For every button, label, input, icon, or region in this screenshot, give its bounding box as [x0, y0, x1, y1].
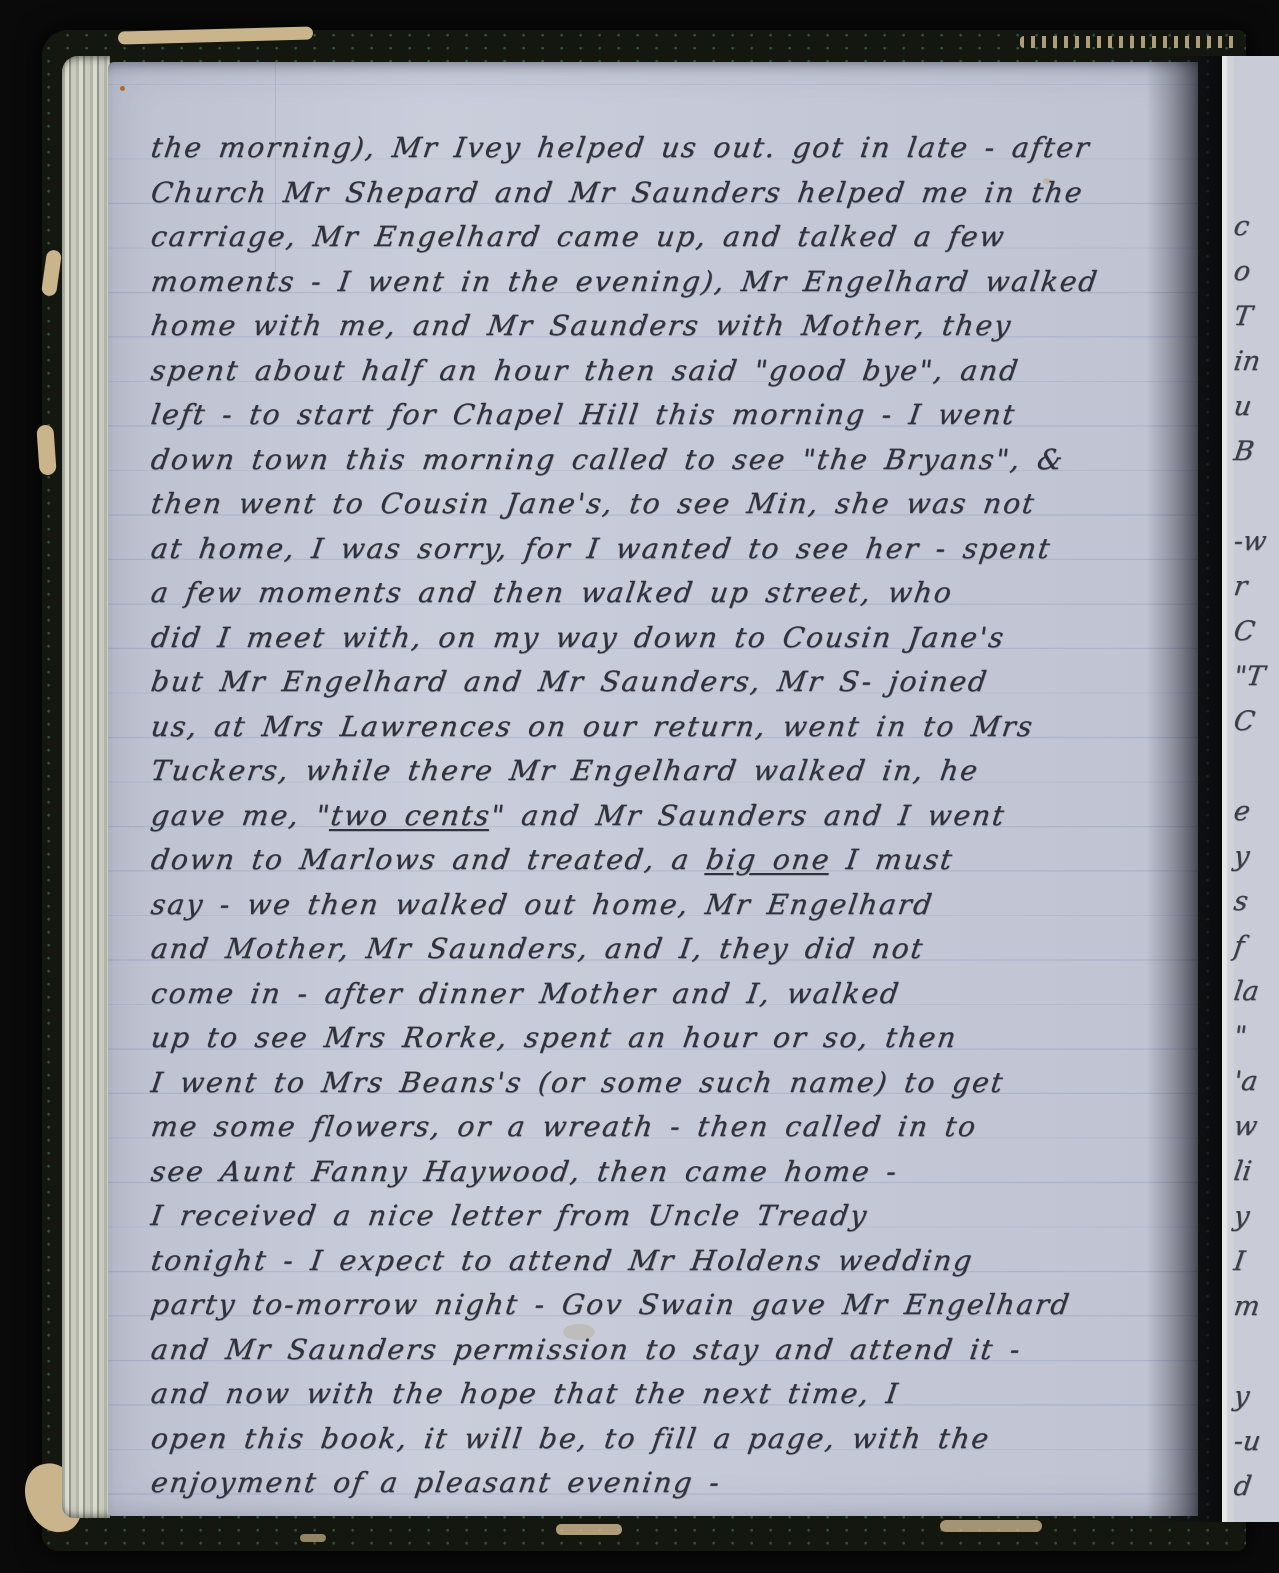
handwriting-line: moments - I went in the evening), Mr Eng… — [148, 260, 1198, 305]
handwriting-line: but Mr Engelhard and Mr Saunders, Mr S- … — [148, 660, 1198, 705]
handwriting-line: a few moments and then walked up street,… — [148, 571, 1198, 616]
facing-page-fragment: y — [1231, 1374, 1270, 1419]
handwriting-line: open this book, it will be, to fill a pa… — [148, 1417, 1198, 1462]
handwriting-line: see Aunt Fanny Haywood, then came home - — [148, 1150, 1198, 1195]
facing-page-fragments: coTinuB-wrC"TCeysfla"'awliyImy-ud — [1234, 204, 1266, 1522]
facing-page-fragment: I — [1231, 1239, 1270, 1284]
handwriting-line: and Mr Saunders permission to stay and a… — [148, 1328, 1198, 1373]
page-edge-stack — [62, 56, 110, 1518]
facing-page-fragment: B — [1231, 429, 1270, 474]
facing-page-fragment: -u — [1231, 1419, 1270, 1464]
facing-page-fragment: r — [1231, 564, 1270, 609]
handwriting-line: Tuckers, while there Mr Engelhard walked… — [148, 749, 1198, 794]
handwriting-line: gave me, "two cents" and Mr Saunders and… — [148, 794, 1198, 839]
handwriting-line: left - to start for Chapel Hill this mor… — [148, 393, 1198, 438]
diary-page: the morning), Mr Ivey helped us out. got… — [108, 62, 1198, 1516]
facing-page-fragment — [1231, 1329, 1270, 1374]
handwriting-line: enjoyment of a pleasant evening - — [148, 1461, 1198, 1506]
handwriting-line: I received a nice letter from Uncle Trea… — [148, 1194, 1198, 1239]
facing-page-fragment: C — [1231, 609, 1270, 654]
facing-page-fragment: c — [1231, 204, 1270, 249]
facing-page-fragment: li — [1231, 1149, 1270, 1194]
handwriting-line: at home, I was sorry, for I wanted to se… — [148, 527, 1198, 572]
facing-page-fragment — [1231, 474, 1270, 519]
cover-wear-spot — [300, 1534, 326, 1542]
facing-page-fragment — [1231, 744, 1270, 789]
handwriting-line: down to Marlows and treated, a big one I… — [148, 838, 1198, 883]
handwriting-line: say - we then walked out home, Mr Engelh… — [148, 883, 1198, 928]
handwriting-line: me some flowers, or a wreath - then call… — [148, 1105, 1198, 1150]
facing-page-fragment: y — [1231, 834, 1270, 879]
facing-page-fragment: la — [1231, 969, 1270, 1014]
handwriting-line: the morning), Mr Ivey helped us out. got… — [148, 126, 1198, 171]
cover-wear-spot — [1020, 36, 1238, 48]
facing-page-fragment: d — [1231, 1464, 1270, 1509]
cover-wear-spot — [36, 424, 56, 475]
cover-wear-spot — [556, 1524, 622, 1535]
handwriting-line: party to-morrow night - Gov Swain gave M… — [148, 1283, 1198, 1328]
facing-page-fragment: e — [1231, 789, 1270, 834]
facing-page-fragment: " — [1231, 1014, 1270, 1059]
handwriting-line: did I meet with, on my way down to Cousi… — [148, 616, 1198, 661]
handwriting-line: tonight - I expect to attend Mr Holdens … — [148, 1239, 1198, 1284]
facing-page-fragment: w — [1231, 1104, 1270, 1149]
handwriting-line: up to see Mrs Rorke, spent an hour or so… — [148, 1016, 1198, 1061]
facing-page-fragment: o — [1231, 249, 1270, 294]
facing-page-fragment: m — [1231, 1284, 1270, 1329]
facing-page-fragment: s — [1231, 879, 1270, 924]
facing-page-fragment — [1231, 1509, 1270, 1522]
handwriting-line: and Mother, Mr Saunders, and I, they did… — [148, 927, 1198, 972]
handwriting-line: home with me, and Mr Saunders with Mothe… — [148, 304, 1198, 349]
handwriting-line: Church Mr Shepard and Mr Saunders helped… — [148, 171, 1198, 216]
handwriting-line: down town this morning called to see "th… — [148, 438, 1198, 483]
facing-page-fragment: y — [1231, 1194, 1270, 1239]
facing-page-fragment: 'a — [1231, 1059, 1270, 1104]
facing-page-fragment: C — [1231, 699, 1270, 744]
handwriting-line: spent about half an hour then said "good… — [148, 349, 1198, 394]
facing-page-fragment: -w — [1231, 519, 1270, 564]
facing-page-fragment: f — [1231, 924, 1270, 969]
facing-page-fragment: in — [1231, 339, 1270, 384]
handwriting-line: I went to Mrs Beans's (or some such name… — [148, 1061, 1198, 1106]
handwriting-line: carriage, Mr Engelhard came up, and talk… — [148, 215, 1198, 260]
handwriting-line: come in - after dinner Mother and I, wal… — [148, 972, 1198, 1017]
handwriting-line: then went to Cousin Jane's, to see Min, … — [148, 482, 1198, 527]
facing-page-fragment: T — [1231, 294, 1270, 339]
handwriting-line: and now with the hope that the next time… — [148, 1372, 1198, 1417]
scanned-diary-photo: the morning), Mr Ivey helped us out. got… — [0, 0, 1279, 1573]
facing-page-sliver: coTinuB-wrC"TCeysfla"'awliyImy-ud — [1222, 56, 1279, 1522]
cover-wear-spot — [940, 1520, 1042, 1532]
foxing-spot — [120, 86, 125, 91]
facing-page-fragment: "T — [1231, 654, 1270, 699]
handwriting-block: the morning), Mr Ivey helped us out. got… — [148, 126, 1194, 1506]
handwriting-line: us, at Mrs Lawrences on our return, went… — [148, 705, 1198, 750]
facing-page-fragment: u — [1231, 384, 1270, 429]
